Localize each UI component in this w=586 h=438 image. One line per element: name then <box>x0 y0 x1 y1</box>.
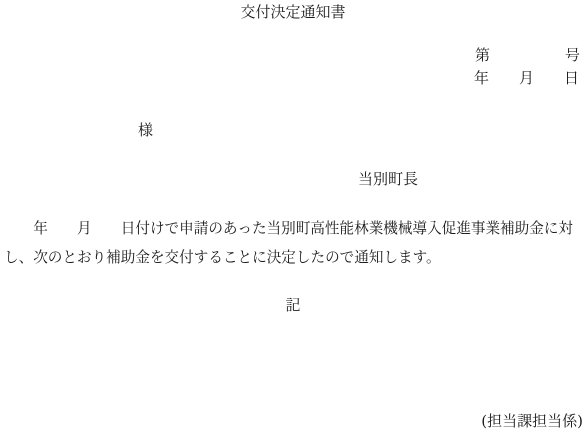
section-marker-ki: 記 <box>0 295 586 315</box>
body-line-1: 年 月 日付けで申請のあった当別町高性能林業機械導入促進事業補助金に対 <box>4 214 582 243</box>
body-paragraph: 年 月 日付けで申請のあった当別町高性能林業機械導入促進事業補助金に対 し、次の… <box>4 214 582 272</box>
doc-number-line: 第 号 <box>475 45 580 65</box>
footer-department-note: (担当課担当係) <box>481 411 583 431</box>
date-line: 年 月 日 <box>474 68 579 88</box>
sender-title: 当別町長 <box>358 169 418 189</box>
addressee-honorific: 様 <box>138 120 153 140</box>
document-title: 交付決定通知書 <box>0 2 586 22</box>
body-line-2: し、次のとおり補助金を交付することに決定したので通知します。 <box>4 243 582 272</box>
notification-document-page: 交付決定通知書 第 号 年 月 日 様 当別町長 年 月 日付けで申請のあった当… <box>0 0 586 438</box>
